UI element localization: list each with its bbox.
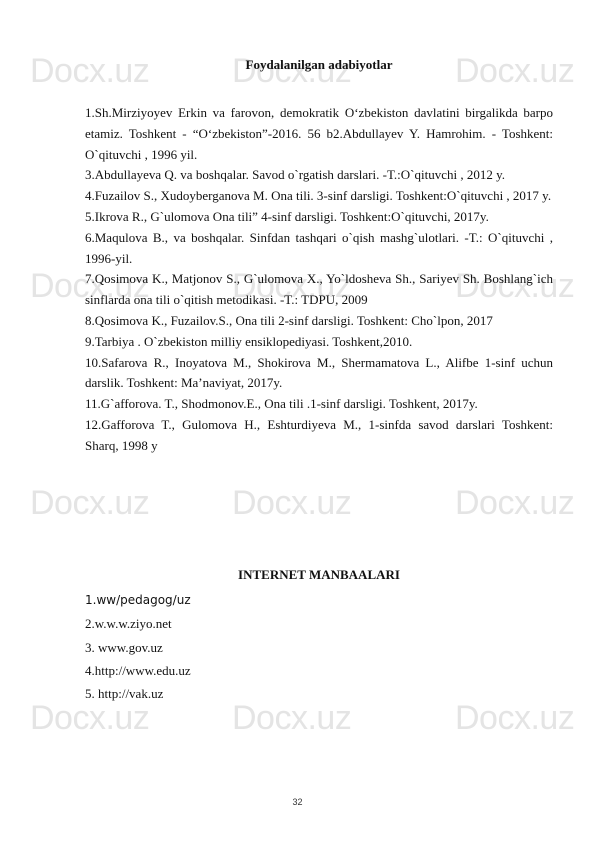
- reference-item: 9.Tarbiya . O`zbekiston milliy ensiklope…: [85, 332, 553, 353]
- reference-item: 5.Ikrova R., G`ulomova Ona tili” 4-sinf …: [85, 207, 553, 228]
- watermark-text: Docx.uz: [232, 701, 351, 735]
- internet-sources-heading: INTERNET MANBAALARI: [85, 567, 553, 583]
- watermark-text: Docx.uz: [30, 701, 149, 735]
- reference-item: 4.Fuzailov S., Xudoyberganova M. Ona til…: [85, 186, 553, 207]
- reference-item: 1.Sh.Mirziyoyev Erkin va farovon, demokr…: [85, 103, 553, 165]
- reference-item: 6.Maqulova B., va boshqalar. Sinfdan tas…: [85, 228, 553, 270]
- watermark-text: Docx.uz: [30, 486, 149, 520]
- page-number: 32: [0, 797, 595, 807]
- reference-item: 12.Gafforova T., Gulomova H., Eshturdiye…: [85, 415, 553, 457]
- internet-source-item: 2.w.w.w.ziyo.net: [85, 612, 553, 635]
- references-heading: Foydalanilgan adabiyotlar: [85, 57, 553, 73]
- reference-item: 3.Abdullayeva Q. va boshqalar. Savod o`r…: [85, 165, 553, 186]
- reference-item: 8.Qosimova K., Fuzailov.S., Ona tili 2-s…: [85, 311, 553, 332]
- internet-sources-list: 1.ww/pedagog/uz 2.w.w.w.ziyo.net 3. www.…: [85, 589, 553, 705]
- reference-item: 10.Safarova R., Inoyatova M., Shokirova …: [85, 353, 553, 395]
- reference-item: 7.Qosimova K., Matjonov S., G`ulomova X.…: [85, 269, 553, 311]
- watermark-text: Docx.uz: [232, 486, 351, 520]
- reference-item: 11.G`afforova. T., Shodmonov.E., Ona til…: [85, 394, 553, 415]
- internet-source-item: 1.ww/pedagog/uz: [85, 589, 553, 612]
- watermark-text: Docx.uz: [455, 701, 574, 735]
- internet-source-item: 4.http://www.edu.uz: [85, 659, 553, 682]
- watermark-text: Docx.uz: [455, 486, 574, 520]
- references-list: 1.Sh.Mirziyoyev Erkin va farovon, demokr…: [85, 103, 553, 457]
- internet-source-item: 3. www.gov.uz: [85, 636, 553, 659]
- internet-source-item: 5. http://vak.uz: [85, 682, 553, 705]
